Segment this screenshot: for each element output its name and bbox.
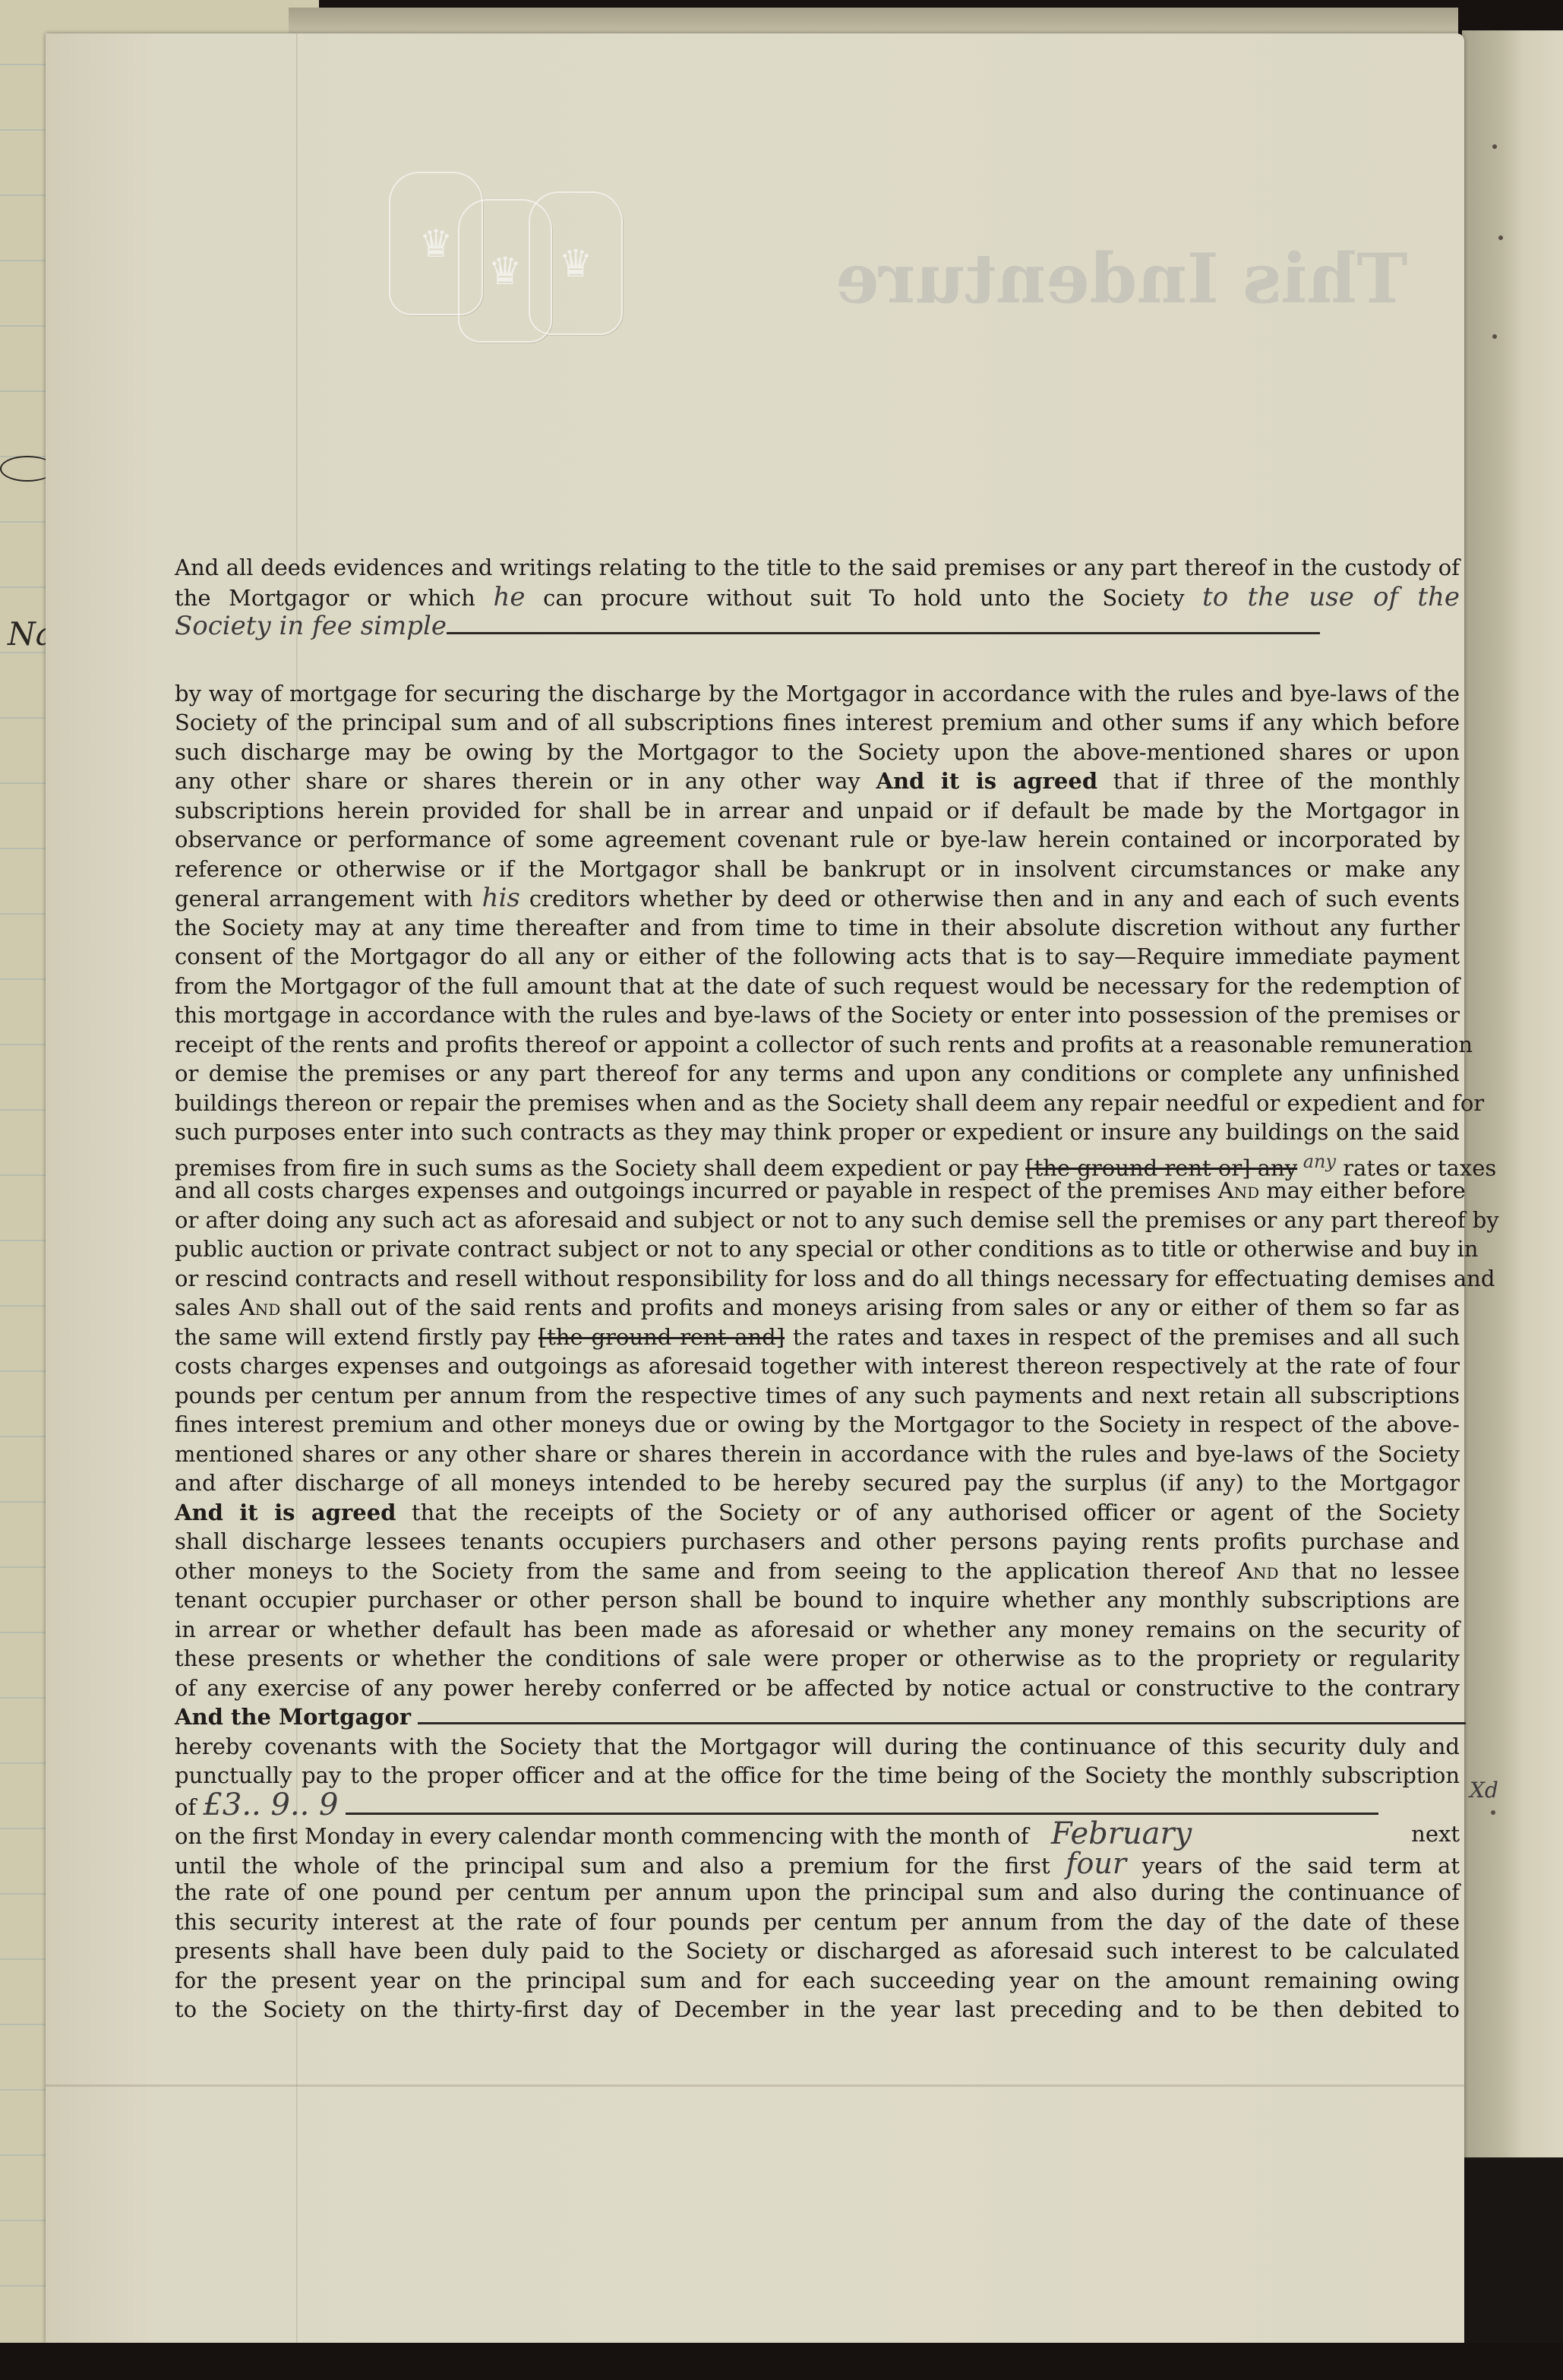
fill-line — [447, 632, 1320, 634]
text-line: public auction or private contract subje… — [175, 1234, 1460, 1264]
text-line: other moneys to the Society from the sam… — [175, 1557, 1460, 1586]
text-line: tenant occupier purchaser or other perso… — [175, 1585, 1460, 1615]
reversed-heading-showthrough: This Indenture — [835, 239, 1407, 319]
text-line: this mortgage in accordance with the rul… — [175, 1000, 1460, 1030]
text-line: hereby covenants with the Society that t… — [175, 1732, 1460, 1762]
text-line: until the whole of the principal sum and… — [175, 1849, 1460, 1879]
text-line: premises from fire in such sums as the S… — [175, 1147, 1460, 1177]
text-line: or demise the premises or any part there… — [175, 1059, 1460, 1089]
fill-line — [346, 1813, 1378, 1815]
margin-initials: Xd — [1470, 1778, 1498, 1803]
text-line: fines interest premium and other moneys … — [175, 1410, 1460, 1440]
text-line: And all deeds evidences and writings rel… — [175, 553, 1460, 583]
text-line: the rate of one pound per centum per ann… — [175, 1878, 1460, 1907]
text-line: presents shall have been duly paid to th… — [175, 1936, 1460, 1966]
text-line: such discharge may be owing by the Mortg… — [175, 738, 1460, 767]
embossed-seal-icon: ♛ — [529, 191, 623, 335]
text-line: of £3.. 9.. 9 — [175, 1791, 1460, 1820]
blackletter-phrase: And it is agreed — [175, 1500, 396, 1525]
text-line: or after doing any such act as aforesaid… — [175, 1206, 1460, 1235]
text-line: any other share or shares therein or in … — [175, 766, 1460, 796]
blackletter-phrase: And the Mortgagor — [175, 1704, 411, 1730]
handwritten-years: four — [1066, 1847, 1126, 1880]
text-line: mentioned shares or any other share or s… — [175, 1440, 1460, 1469]
text-line: reference or otherwise or if the Mortgag… — [175, 855, 1460, 884]
text-line: Society in fee simple — [175, 612, 1460, 641]
fill-line — [418, 1722, 1466, 1724]
text-line: And the Mortgagor — [175, 1702, 1460, 1732]
text-line: consent of the Mortgagor do all any or e… — [175, 942, 1460, 972]
handwritten-correction: any — [1297, 1151, 1336, 1172]
deed-body: And all deeds evidences and writings rel… — [175, 553, 1460, 2024]
text-line: receipt of the rents and profits thereof… — [175, 1030, 1460, 1060]
handwritten-pronoun: he — [493, 582, 525, 612]
text-line: observance or performance of some agreem… — [175, 825, 1460, 855]
text-line: to the Society on the thirty-first day o… — [175, 1995, 1460, 2024]
horizontal-fold-crease — [46, 2084, 1464, 2087]
text-line: from the Mortgagor of the full amount th… — [175, 972, 1460, 1001]
text-line: by way of mortgage for securing the disc… — [175, 679, 1460, 709]
text-line: the Mortgagor or which he can procure wi… — [175, 583, 1460, 612]
text-line: buildings thereon or repair the premises… — [175, 1089, 1460, 1118]
handwritten-insertion: to the use of the — [1202, 582, 1460, 612]
text-line: this security interest at the rate of fo… — [175, 1907, 1460, 1937]
text-line: in arrear or whether default has been ma… — [175, 1615, 1460, 1645]
text-line: and all costs charges expenses and outgo… — [175, 1176, 1460, 1206]
text-line: And it is agreed that the receipts of th… — [175, 1498, 1460, 1528]
subscription-amount: £3.. 9.. 9 — [203, 1787, 338, 1822]
text-line: subscriptions herein provided for shall … — [175, 796, 1460, 826]
text-line: such purposes enter into such contracts … — [175, 1117, 1460, 1147]
handwritten-insertion: Society in fee simple — [175, 611, 447, 641]
text-line: sales And shall out of the said rents an… — [175, 1293, 1460, 1323]
text-line: punctually pay to the proper officer and… — [175, 1761, 1460, 1791]
binding-background-bottom — [0, 2343, 1563, 2380]
text-line: Society of the principal sum and of all … — [175, 708, 1460, 738]
blackletter-phrase: And it is agreed — [876, 768, 1097, 794]
text-line: the Society may at any time thereafter a… — [175, 913, 1460, 943]
text-line: costs charges expenses and outgoings as … — [175, 1351, 1460, 1381]
text-line: shall discharge lessees tenants occupier… — [175, 1527, 1460, 1557]
text-line: pounds per centum per annum from the res… — [175, 1381, 1460, 1411]
text-line: or rescind contracts and resell without … — [175, 1264, 1460, 1294]
text-line: of any exercise of any power hereby conf… — [175, 1674, 1460, 1703]
text-line: general arrangement with his creditors w… — [175, 883, 1460, 913]
text-line: on the first Monday in every calendar mo… — [175, 1819, 1460, 1849]
struck-text: [the ground rent and] — [538, 1324, 785, 1350]
handwritten-pronoun: his — [482, 883, 520, 913]
text-line: and after discharge of all moneys intend… — [175, 1468, 1460, 1498]
text-line: the same will extend firstly pay [the gr… — [175, 1323, 1460, 1352]
text-line: for the present year on the principal su… — [175, 1966, 1460, 1996]
text-line: these presents or whether the conditions… — [175, 1644, 1460, 1674]
